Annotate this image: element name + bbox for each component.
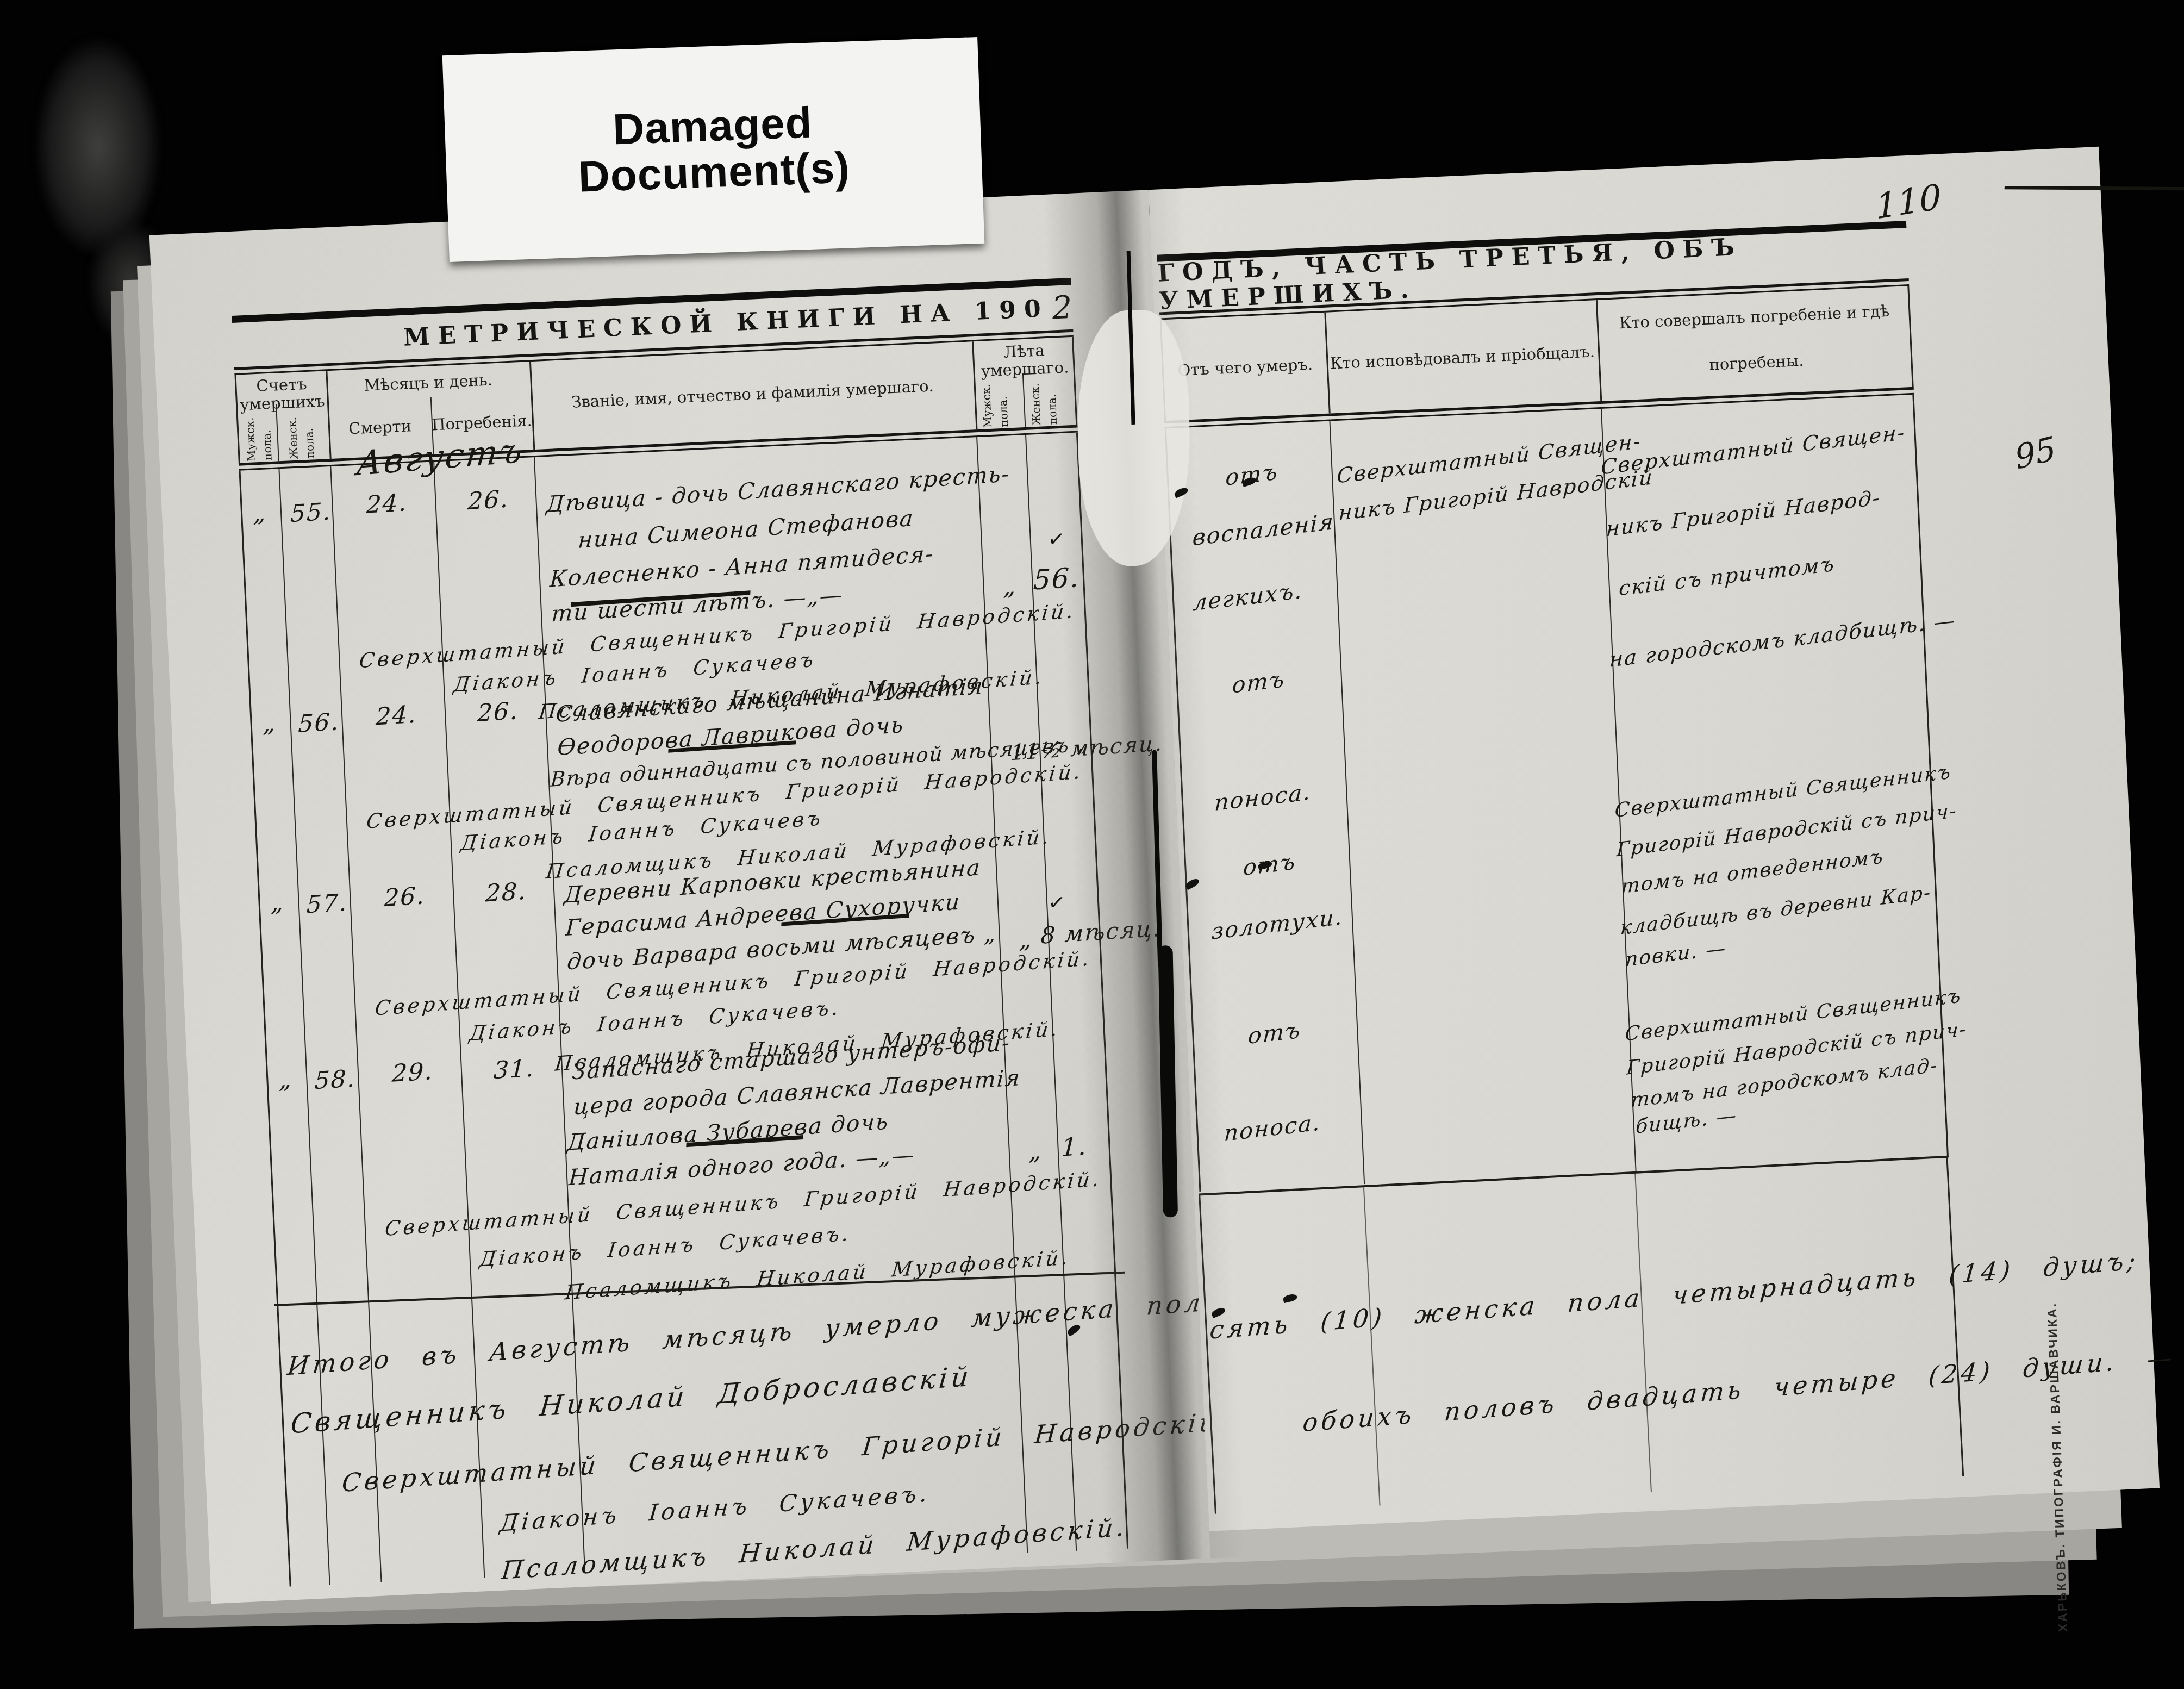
right-summary-line: обоихъ половъ двадцать четыре (24) души.… (1302, 1342, 2177, 1437)
entry-56-death-day: 24. (375, 701, 417, 731)
entry-56-male-mark: „ (263, 709, 277, 738)
entry-57-burial: повки. — (1625, 937, 1727, 971)
header-name-column: Званіе, имя, отчество и фамилія умершаго… (531, 375, 975, 413)
header-burial-2: погребены. (1599, 347, 1914, 379)
header-confessor: Кто исповѣдовалъ и пріобщалъ. (1326, 342, 1599, 373)
column-line (1363, 1187, 1381, 1505)
entry-57-cause: золотухи. (1211, 903, 1344, 945)
entry-55-male-mark: „ (253, 499, 267, 528)
check-mark: ✓ (1047, 890, 1066, 915)
entry-55-death-day: 24. (365, 489, 408, 519)
header-age-male: Мужск. пола. (978, 383, 1024, 428)
entry-55-burial-day: 26. (467, 485, 509, 515)
entry-56-number: 56. (298, 708, 340, 738)
entry-55-cause: легкихъ. (1192, 577, 1303, 616)
register-book-spread: МЕТРИЧЕСКОЙ КНИГИ НА 190 2 Счетъ умерших… (149, 147, 2161, 1604)
entry-57-burial-day: 28. (485, 877, 527, 908)
entry-56-cause: поноса. (1214, 779, 1312, 816)
damaged-card-line2: Document(s) (578, 145, 851, 200)
entry-57-number: 57. (306, 889, 348, 919)
header-count-female: Женск. пола. (284, 416, 328, 460)
right-table-header: ГОДЪ, ЧАСТЬ ТРЕТЬЯ, ОБЪ УМЕРШИХЪ. Отъ че… (1157, 221, 1914, 428)
entry-55-burial: Сверхштатный Священ- (1600, 420, 1906, 479)
entry-57-age-mark: „ (1019, 925, 1033, 954)
header-burial: Кто совершалъ погребеніе и гдѣ (1596, 301, 1912, 334)
column-line (1634, 1174, 1652, 1492)
entry-56-burial-day: 26. (477, 697, 519, 727)
entry-57-male-mark: „ (271, 888, 285, 917)
right-page: ГОДЪ, ЧАСТЬ ТРЕТЬЯ, ОБЪ УМЕРШИХЪ. Отъ че… (1149, 147, 2160, 1531)
left-summary-line: Діаконъ Іоаннъ Сукачевъ. (498, 1480, 931, 1537)
entry-55-cause: воспаленія (1192, 508, 1335, 551)
entry-58-cause: поноса. (1224, 1109, 1321, 1146)
entry-58-cause: отъ (1247, 1017, 1301, 1049)
paper-repair-patch (1077, 310, 1191, 566)
right-summary-region: сять (10) женска пола четырнадцать (14) … (1199, 1156, 1964, 1514)
entry-58-number: 58. (314, 1064, 356, 1095)
header-month-group: Мѣсяцъ и день. (326, 369, 531, 396)
left-table-body: „ 55. 24. 26. Дѣвица - дочь Славянскаго … (239, 433, 1129, 1587)
column-separator (1022, 373, 1026, 427)
header-count-male: Мужск. пола. (241, 416, 277, 462)
header-count-group: Счетъ умершихъ (236, 374, 328, 414)
left-page: МЕТРИЧЕСКОЙ КНИГИ НА 190 2 Счетъ умерших… (149, 190, 1210, 1604)
entry-55-burial: никъ Григорій Наврод- (1606, 485, 1881, 541)
entry-55-line: Дѣвица - дочь Славянскаго кресть- (546, 460, 1012, 518)
entry-58-male-mark: „ (278, 1065, 293, 1094)
damaged-document-card: Damaged Document(s) (442, 37, 985, 262)
right-table-body: отъ воспаленія легкихъ. Сверхштатный Свя… (1165, 395, 1949, 1192)
entry-56-cause: отъ (1232, 666, 1286, 698)
entry-58-burial-day: 31. (493, 1054, 535, 1085)
scan-background: МЕТРИЧЕСКОЙ КНИГИ НА 190 2 Счетъ умерших… (0, 0, 2184, 1689)
column-line (1329, 421, 1365, 1185)
entry-58-age: 1. (1060, 1131, 1088, 1162)
entry-55-burial: скій съ причтомъ (1618, 552, 1836, 601)
right-summary-line: сять (10) женска пола четырнадцать (14) … (1209, 1245, 2140, 1345)
entry-57-death-day: 26. (383, 882, 426, 912)
entry-55-age-mark: „ (1003, 572, 1018, 601)
entry-55-burial: на городскомъ кладбищѣ. — (1609, 608, 1956, 672)
header-death-day: Смерти (328, 416, 432, 439)
entry-58-death-day: 29. (391, 1057, 434, 1088)
entry-55-cause: отъ (1225, 459, 1279, 491)
entry-58-age-mark: „ (1028, 1137, 1043, 1166)
entry-55-number: 55. (290, 497, 332, 528)
